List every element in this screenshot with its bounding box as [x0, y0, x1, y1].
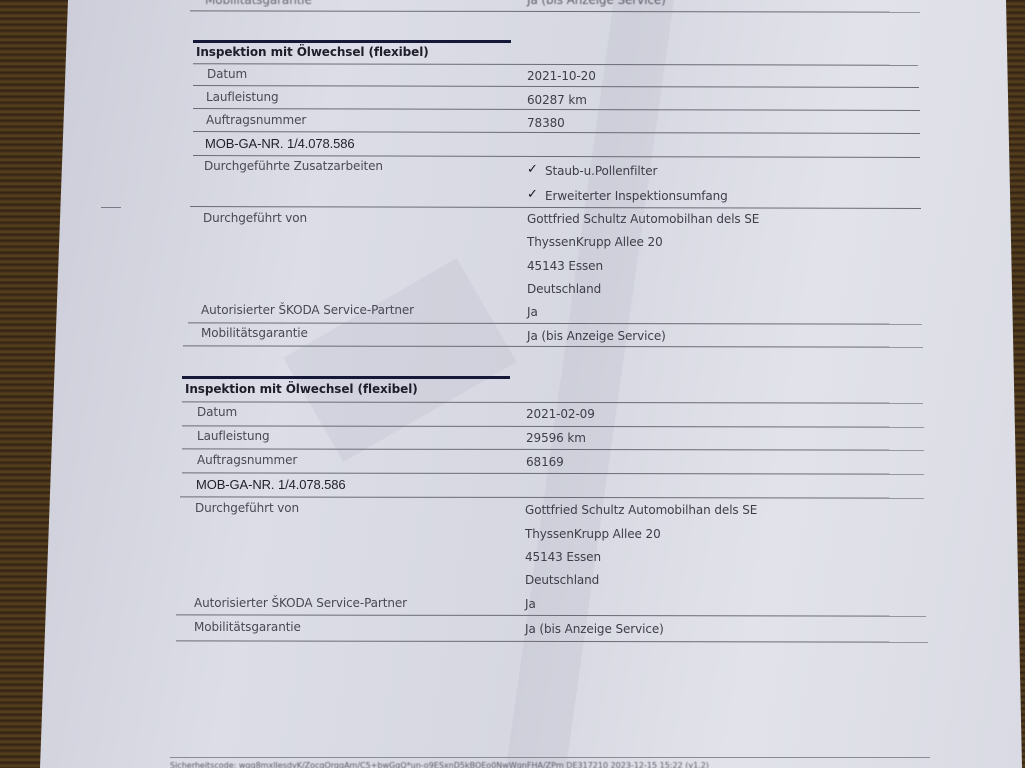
authorized-partner-label: Autorisierter ŠKODA Service-Partner: [201, 303, 414, 317]
row-divider: [193, 155, 920, 158]
row-divider: [190, 206, 921, 209]
partial-label: Mobilitätsgarantie: [205, 0, 312, 7]
section-header-bar: [182, 376, 510, 379]
section-title: Inspektion mit Ölwechsel (flexibel): [185, 382, 418, 396]
authorized-partner-value: Ja: [527, 305, 538, 319]
authorized-partner-value: Ja: [525, 597, 536, 611]
mileage-value: 29596 km: [526, 431, 586, 445]
mob-ga-number: MOB-GA-NR. 1/4.078.586: [196, 477, 346, 492]
workshop-name: Gottfried Schultz Automobilhan dels SE: [527, 212, 759, 226]
mileage-label: Laufleistung: [197, 429, 270, 443]
row-divider: [193, 131, 920, 134]
row-divider: [182, 401, 923, 403]
row-divider: [176, 640, 928, 642]
additional-work-label: Durchgeführte Zusatzarbeiten: [204, 159, 383, 173]
row-divider: [190, 10, 920, 12]
row-divider: [183, 345, 923, 347]
row-divider: [182, 448, 924, 450]
order-number-value: 78380: [527, 116, 565, 130]
order-number-label: Auftragsnummer: [197, 453, 297, 467]
row-divider: [180, 496, 924, 498]
mobility-guarantee-value: Ja (bis Anzeige Service): [525, 622, 664, 636]
security-code: Sicherheitscode: wqq8mxlJesdvK/ZocqOrqqA…: [170, 761, 709, 768]
additional-work-item: Staub-u.Pollenfilter: [545, 164, 657, 178]
section-header-bar: [193, 40, 511, 43]
workshop-country: Deutschland: [525, 573, 599, 587]
partial-value: Ja (bis Anzeige Service): [527, 0, 666, 7]
row-divider: [188, 322, 922, 324]
check-icon: ✓: [527, 187, 538, 202]
mob-ga-number: MOB-GA-NR. 1/4.078.586: [205, 136, 355, 151]
mobility-guarantee-value: Ja (bis Anzeige Service): [527, 329, 666, 343]
footer-divider: [170, 757, 930, 758]
date-value: 2021-02-09: [526, 407, 595, 421]
workshop-street: ThyssenKrupp Allee 20: [525, 527, 661, 541]
workshop-country: Deutschland: [527, 282, 601, 296]
additional-work-item: Erweiterter Inspektionsumfang: [545, 189, 728, 203]
row-divider: [193, 108, 920, 111]
order-number-value: 68169: [526, 455, 564, 469]
date-label: Datum: [207, 67, 247, 81]
performed-by-label: Durchgeführt von: [195, 501, 299, 515]
authorized-partner-label: Autorisierter ŠKODA Service-Partner: [194, 596, 407, 610]
performed-by-label: Durchgeführt von: [203, 211, 307, 225]
workshop-city: 45143 Essen: [527, 259, 603, 273]
row-divider: [176, 614, 926, 616]
workshop-city: 45143 Essen: [525, 550, 601, 564]
margin-tick-mark: [101, 207, 121, 208]
mileage-value: 60287 km: [527, 93, 587, 107]
row-divider: [182, 425, 924, 427]
date-value: 2021-10-20: [527, 69, 596, 83]
check-icon: ✓: [527, 162, 538, 177]
date-label: Datum: [197, 405, 237, 419]
mobility-guarantee-label: Mobilitätsgarantie: [194, 620, 301, 634]
row-divider: [193, 63, 918, 66]
row-divider: [182, 472, 924, 474]
order-number-label: Auftragsnummer: [206, 113, 306, 127]
workshop-street: ThyssenKrupp Allee 20: [527, 235, 663, 249]
mileage-label: Laufleistung: [206, 90, 279, 104]
service-history-document: Mobilitätsgarantie Ja (bis Anzeige Servi…: [0, 0, 1025, 768]
mobility-guarantee-label: Mobilitätsgarantie: [201, 326, 308, 340]
workshop-name: Gottfried Schultz Automobilhan dels SE: [525, 503, 757, 517]
row-divider: [193, 85, 919, 88]
section-title: Inspektion mit Ölwechsel (flexibel): [196, 45, 429, 59]
